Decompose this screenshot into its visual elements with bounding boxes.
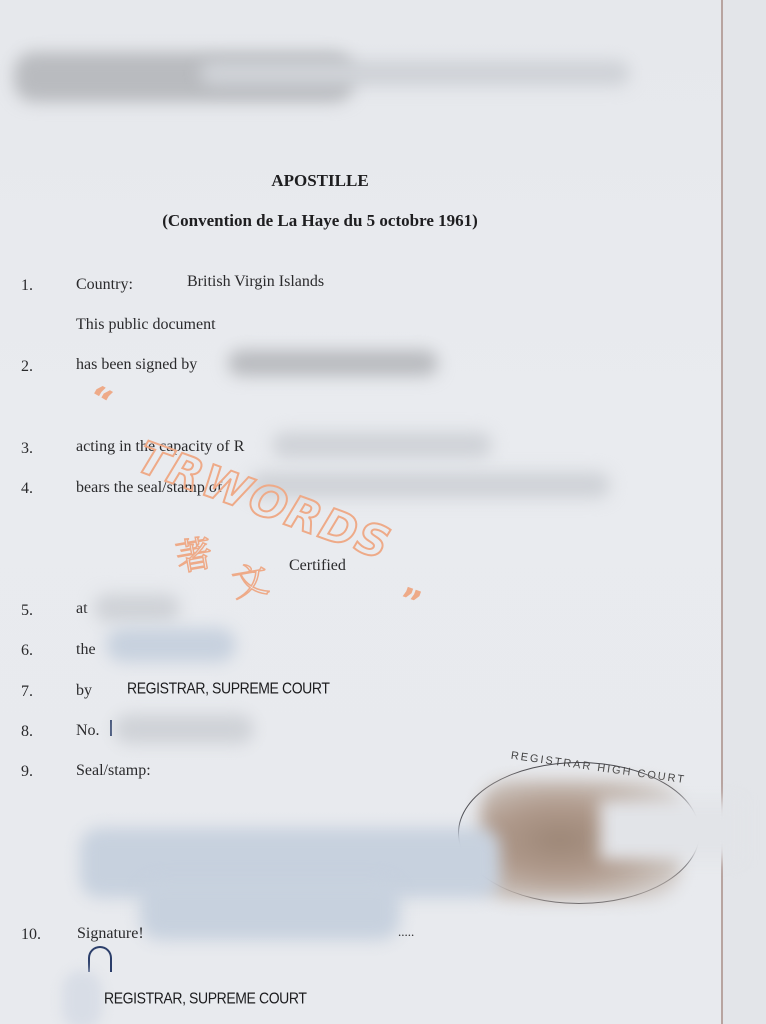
item-number-4: 4.: [21, 480, 33, 498]
item-number-7: 7.: [21, 683, 33, 701]
item-number-1: 1.: [21, 277, 33, 295]
item-number-10: 10.: [21, 926, 41, 944]
redacted-header-tail: [200, 60, 630, 86]
item-label-number: No.: [76, 722, 100, 740]
redacted-seal-of: [250, 472, 610, 498]
redacted-signed-by: [228, 350, 438, 376]
item-number-5: 5.: [21, 602, 33, 620]
certified-label: Certified: [289, 557, 346, 575]
item-label-signed-by: has been signed by: [76, 356, 197, 374]
signatory-title: REGISTRAR, SUPREME COURT: [104, 989, 307, 1007]
redacted-date: [106, 628, 236, 662]
item-label-the: the: [76, 641, 96, 659]
item-number-8: 8.: [21, 723, 33, 741]
redacted-signature-lower: [140, 880, 400, 940]
signature-dots: .....: [398, 924, 414, 940]
item-label-country: Country:: [76, 276, 133, 294]
page-margin: [723, 0, 766, 1024]
item-label-signature: Signature!: [77, 925, 144, 943]
signature-ink-stroke: [88, 946, 112, 972]
item-number-2: 2.: [21, 358, 33, 376]
item-label-capacity: acting in the capacity of R: [76, 438, 244, 456]
item-number-6: 6.: [21, 642, 33, 660]
redacted-number: [114, 714, 254, 744]
item-number-9: 9.: [21, 763, 33, 781]
item-number-3: 3.: [21, 440, 33, 458]
redacted-seal-extension: [600, 800, 740, 860]
redacted-capacity: [272, 432, 492, 458]
item-label-at: at: [76, 600, 88, 618]
document-subheading: (Convention de La Haye du 5 octobre 1961…: [0, 211, 640, 231]
ink-mark: [110, 720, 112, 736]
item-label-public-document: This public document: [76, 316, 216, 334]
item-value-country: British Virgin Islands: [187, 273, 324, 291]
item-label-seal-stamp: Seal/stamp:: [76, 762, 151, 780]
item-label-seal-of: bears the seal/stamp of: [76, 479, 222, 497]
blurred-pen: [62, 970, 102, 1024]
redacted-place: [94, 594, 180, 622]
item-label-by: by: [76, 682, 92, 700]
document-heading: APOSTILLE: [0, 171, 640, 191]
item-value-by: REGISTRAR, SUPREME COURT: [127, 679, 330, 697]
